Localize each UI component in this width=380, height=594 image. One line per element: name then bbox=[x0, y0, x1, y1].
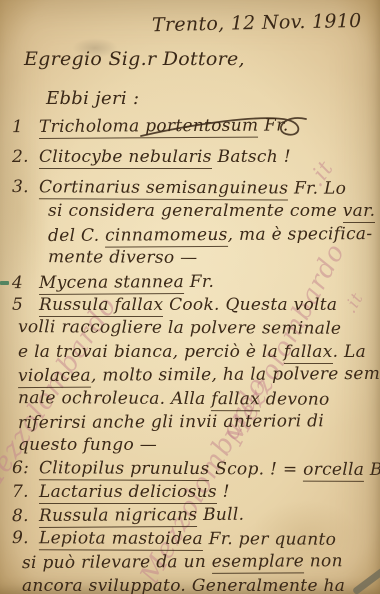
species-name: Lepiota mastoidea bbox=[39, 528, 203, 551]
letter-line: 4Mycena stannea Fr. bbox=[12, 270, 376, 296]
letter-line: ancora sviluppato. Generalmente ha bbox=[22, 576, 376, 594]
item-number: 4 bbox=[12, 273, 39, 293]
species-name: Clitocybe nebularis bbox=[39, 147, 212, 169]
letter-line: mente diverso — bbox=[48, 247, 376, 272]
letter-line: 2.Clitocybe nebularis Batsch ! bbox=[12, 147, 376, 178]
item-number: 1 bbox=[12, 117, 39, 137]
letter-line: questo fungo — bbox=[18, 435, 376, 458]
item-number: 5 bbox=[12, 295, 39, 315]
item-number: 3. bbox=[12, 177, 39, 197]
letter-text: si può rilevare da un bbox=[22, 552, 212, 573]
species-name: cinnamomeus bbox=[105, 225, 228, 248]
letter-line: riferirsi anche gli invii anteriori di bbox=[18, 411, 376, 437]
letter-line: 5Russula fallax Cook. Questa volta bbox=[12, 295, 376, 318]
species-name: esemplare bbox=[212, 552, 304, 575]
letter-text: Batsch ! bbox=[212, 147, 291, 167]
species-name: Clitopilus prunulus bbox=[39, 458, 210, 481]
letter-text: nale ochroleuca. Alla bbox=[18, 388, 211, 409]
species-name: Cortinarius semisanguineus bbox=[39, 177, 288, 200]
species-name: Lactarius deliciosus bbox=[39, 482, 217, 504]
item-number: 9. bbox=[12, 528, 39, 548]
letter-text: riferirsi anche gli invii anteriori di bbox=[18, 411, 324, 433]
letter-text: ! bbox=[217, 482, 230, 502]
item-number: 2. bbox=[12, 147, 39, 167]
letter-text: Fr. per quanto bbox=[203, 529, 336, 550]
letter-page: MezzolombardoMezzolombardoMezzolombardo.… bbox=[0, 0, 380, 594]
letter-line: si può rilevare da un esemplare non bbox=[22, 551, 376, 577]
item-number: 6: bbox=[12, 458, 39, 478]
species-name: Russula fallax bbox=[39, 295, 163, 317]
letter-text: Cook. Questa volta bbox=[163, 295, 337, 315]
species-name: fallax bbox=[211, 389, 260, 411]
letter-line: violacea, molto simile, ha la polvere se… bbox=[18, 364, 376, 390]
letter-line: 8.Russula nigricans Bull. bbox=[12, 504, 376, 530]
species-name: var. bbox=[343, 201, 376, 223]
letter-line: 9.Lepiota mastoidea Fr. per quanto bbox=[12, 528, 376, 553]
letter-line: 7.Lactarius deliciosus ! bbox=[12, 482, 376, 505]
letter-text: questo fungo — bbox=[18, 435, 157, 455]
edge-mark bbox=[0, 281, 9, 285]
letter-line: 3.Cortinarius semisanguineus Fr. Lo bbox=[12, 177, 376, 202]
letter-items: 1Tricholoma portentosum Fr.2.Clitocybe n… bbox=[12, 116, 376, 594]
letter-text: non bbox=[304, 551, 343, 571]
letter-text: Fr. bbox=[184, 271, 214, 291]
letter-text: , molto simile, ha la polvere semi- bbox=[91, 364, 380, 386]
species-name: violacea bbox=[18, 366, 91, 388]
letter-text: devono bbox=[260, 389, 330, 409]
letter-text: Scop. ! = bbox=[209, 459, 303, 479]
date-line: Trento, 12 Nov. 1910 bbox=[152, 10, 362, 36]
letter-text: . La bbox=[333, 342, 366, 362]
letter-line: si considera generalmente come var. bbox=[48, 201, 376, 224]
letter-line: volli raccogliere la polvere seminale bbox=[18, 317, 376, 342]
letter-line: 1Tricholoma portentosum Fr. bbox=[12, 115, 376, 148]
letter-text: mente diverso — bbox=[48, 247, 198, 268]
letter-text: e la trovai bianca, perciò è la bbox=[18, 342, 284, 362]
item-number: 7. bbox=[12, 482, 39, 502]
letter-line: 6:Clitopilus prunulus Scop. ! = orcella … bbox=[12, 458, 376, 483]
letter-text: Fr. Lo bbox=[288, 178, 346, 198]
letter-text: del C. bbox=[48, 225, 105, 245]
species-name: fallax bbox=[284, 342, 333, 364]
opening-line: Ebbi jeri : bbox=[46, 88, 139, 109]
letter-line: del C. cinnamomeus, ma è specifica- bbox=[48, 224, 376, 249]
letter-text: Bull. bbox=[197, 505, 244, 525]
species-name: Tricholoma portentosum bbox=[39, 116, 259, 139]
species-name: Russula nigricans bbox=[39, 505, 198, 528]
letter-text: ancora sviluppato. Generalmente ha bbox=[22, 576, 345, 594]
letter-line: nale ochroleuca. Alla fallax devono bbox=[18, 388, 376, 413]
letter-text: , ma è specifica- bbox=[228, 224, 373, 245]
letter-text: Fr. bbox=[258, 115, 288, 135]
species-name: orcella bbox=[303, 459, 364, 481]
letter-text: si considera generalmente come bbox=[48, 201, 343, 221]
item-number: 8. bbox=[12, 506, 39, 526]
letter-line: e la trovai bianca, perciò è la fallax. … bbox=[18, 342, 376, 365]
letter-text: volli raccogliere la polvere seminale bbox=[18, 317, 341, 339]
letter-text: Bull. bbox=[364, 460, 380, 480]
species-name: Mycena stannea bbox=[39, 272, 184, 295]
salutation: Egregio Sig.r Dottore, bbox=[24, 48, 245, 70]
